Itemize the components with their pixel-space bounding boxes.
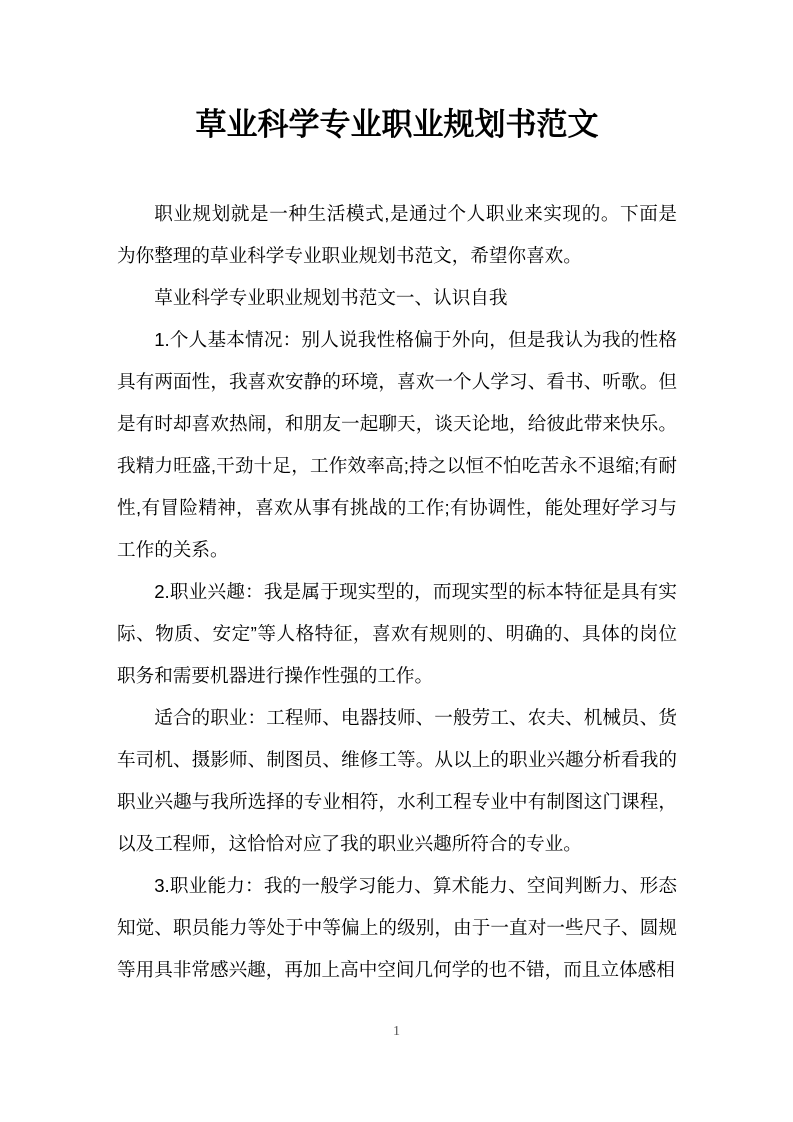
paragraph-career-interest: 2.职业兴趣：我是属于现实型的，而现实型的标本特征是具有实际、物质、安定”等人格… bbox=[117, 571, 677, 697]
page-number: 1 bbox=[0, 1022, 793, 1042]
document-page: 草业科学专业职业规划书范文 职业规划就是一种生活模式,是通过个人职业来实现的。下… bbox=[0, 0, 793, 1122]
paragraph-career-ability: 3.职业能力：我的一般学习能力、算术能力、空间判断力、形态知觉、职员能力等处于中… bbox=[117, 865, 677, 991]
paragraph-personal-basics: 1.个人基本情况：别人说我性格偏于外向，但是我认为我的性格具有两面性，我喜欢安静… bbox=[117, 319, 677, 571]
paragraph-intro: 职业规划就是一种生活模式,是通过个人职业来实现的。下面是为你整理的草业科学专业职… bbox=[117, 193, 677, 277]
document-content: 草业科学专业职业规划书范文 职业规划就是一种生活模式,是通过个人职业来实现的。下… bbox=[117, 0, 677, 991]
document-title: 草业科学专业职业规划书范文 bbox=[117, 102, 677, 148]
paragraph-section-heading: 草业科学专业职业规划书范文一、认识自我 bbox=[117, 277, 677, 319]
paragraph-suitable-jobs: 适合的职业：工程师、电器技师、一般劳工、农夫、机械员、货车司机、摄影师、制图员、… bbox=[117, 697, 677, 865]
